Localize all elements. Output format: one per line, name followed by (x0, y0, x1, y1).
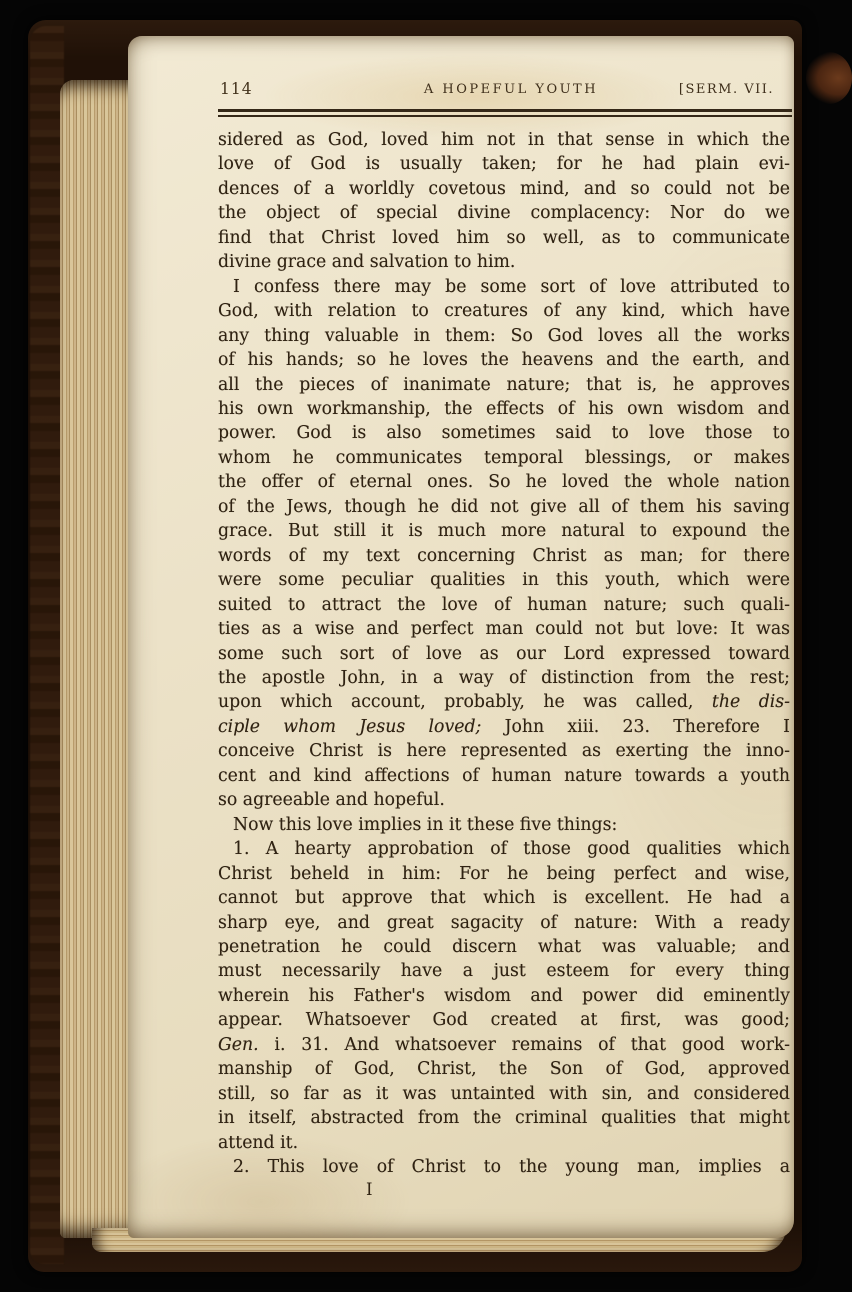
text-segment: appear. Whatsoever God created at first,… (218, 1010, 790, 1030)
italic-text-segment: Gen. (218, 1035, 259, 1055)
page-number: 114 (220, 80, 253, 98)
text-line: 2. This love of Christ to the young man,… (218, 1155, 790, 1179)
text-line: penetration he could discern what was va… (218, 935, 790, 959)
signature-mark: I (366, 1180, 373, 1199)
section-reference: [SERM. VII. (679, 82, 774, 97)
signature-mark-row: I (218, 1180, 790, 1199)
text-line: the object of special divine complacency… (218, 201, 790, 225)
text-segment: power. God is also sometimes said to lov… (218, 423, 790, 443)
text-segment: suited to attract the love of human natu… (218, 595, 790, 615)
text-line: in itself, abstracted from the criminal … (218, 1106, 790, 1130)
text-segment: I confess there may be some sort of love… (233, 277, 790, 297)
text-segment: attend it. (218, 1133, 298, 1153)
text-line: I confess there may be some sort of love… (218, 275, 790, 299)
text-segment: cannot but approve that which is excelle… (218, 888, 790, 908)
page-content: 114 A HOPEFUL YOUTH [SERM. VII. sidered … (128, 36, 794, 1199)
text-line: conceive Christ is here represented as e… (218, 739, 790, 763)
text-line: cannot but approve that which is excelle… (218, 886, 790, 910)
text-line: were some peculiar qualities in this you… (218, 568, 790, 592)
text-line: words of my text concerning Christ as ma… (218, 544, 790, 568)
italic-text-segment: ciple whom Jesus loved; (218, 717, 481, 737)
text-segment: wherein his Father's wisdom and power di… (218, 986, 790, 1006)
text-segment: all the pieces of inanimate nature; that… (218, 375, 790, 395)
text-segment: God, with relation to creatures of any k… (218, 301, 790, 321)
text-line: upon which account, probably, he was cal… (218, 690, 790, 714)
running-title: A HOPEFUL YOUTH (424, 82, 598, 97)
text-segment: upon which account, probably, he was cal… (218, 692, 712, 712)
page-stack-left-edge (60, 80, 132, 1238)
text-line: of his hands; so he loves the heavens an… (218, 348, 790, 372)
text-segment: divine grace and salvation to him. (218, 252, 515, 272)
text-segment: the apostle John, in a way of distinctio… (218, 668, 790, 688)
text-line: 1. A hearty approbation of those good qu… (218, 837, 790, 861)
text-line: sidered as God, loved him not in that se… (218, 128, 790, 152)
text-line: manship of God, Christ, the Son of God, … (218, 1057, 790, 1081)
text-segment: still, so far as it was untainted with s… (218, 1084, 790, 1104)
text-line: of the Jews, though he did not give all … (218, 495, 790, 519)
text-line: sharp eye, and great sagacity of nature:… (218, 911, 790, 935)
text-segment: ties as a wise and perfect man could not… (218, 619, 790, 639)
paragraph: 2. This love of Christ to the young man,… (218, 1155, 790, 1179)
text-line: attend it. (218, 1131, 790, 1155)
text-line: appear. Whatsoever God created at first,… (218, 1008, 790, 1032)
paragraph: sidered as God, loved him not in that se… (218, 128, 790, 275)
text-segment: of the Jews, though he did not give all … (218, 497, 790, 517)
text-segment: John xiii. 23. Therefore I (481, 717, 790, 737)
cover-corner-fragment (806, 52, 852, 104)
text-segment: 2. This love of Christ to the young man,… (233, 1157, 790, 1177)
text-segment: were some peculiar qualities in this you… (218, 570, 790, 590)
text-segment: conceive Christ is here represented as e… (218, 741, 790, 761)
text-line: ties as a wise and perfect man could not… (218, 617, 790, 641)
text-line: the apostle John, in a way of distinctio… (218, 666, 790, 690)
text-line: cent and kind affections of human nature… (218, 764, 790, 788)
text-segment: grace. But still it is much more natural… (218, 521, 790, 541)
text-line: whom he communicates temporal blessings,… (218, 446, 790, 470)
text-segment: of his hands; so he loves the heavens an… (218, 350, 790, 370)
text-line: grace. But still it is much more natural… (218, 519, 790, 543)
text-line: still, so far as it was untainted with s… (218, 1082, 790, 1106)
text-segment: Now this love implies in it these five t… (233, 815, 617, 835)
text-line: the offer of eternal ones. So he loved t… (218, 470, 790, 494)
text-line: ciple whom Jesus loved; John xiii. 23. T… (218, 715, 790, 739)
body-text: sidered as God, loved him not in that se… (218, 128, 790, 1179)
text-segment: the object of special divine complacency… (218, 203, 790, 223)
text-line: power. God is also sometimes said to lov… (218, 421, 790, 445)
book-page: 114 A HOPEFUL YOUTH [SERM. VII. sidered … (128, 36, 794, 1238)
text-segment: cent and kind affections of human nature… (218, 766, 790, 786)
text-line: Gen. i. 31. And whatsoever remains of th… (218, 1033, 790, 1057)
text-segment: penetration he could discern what was va… (218, 937, 790, 957)
italic-text-segment: the dis- (712, 692, 790, 712)
text-line: God, with relation to creatures of any k… (218, 299, 790, 323)
text-segment: his own workmanship, the effects of his … (218, 399, 790, 419)
text-line: all the pieces of inanimate nature; that… (218, 373, 790, 397)
paragraph: 1. A hearty approbation of those good qu… (218, 837, 790, 1155)
text-segment: so agreeable and hopeful. (218, 790, 445, 810)
text-segment: i. 31. And whatsoever remains of that go… (259, 1035, 790, 1055)
text-line: Christ beheld in him: For he being perfe… (218, 862, 790, 886)
text-segment: must necessarily have a just esteem for … (218, 961, 790, 981)
text-segment: sidered as God, loved him not in that se… (218, 130, 790, 150)
text-line: wherein his Father's wisdom and power di… (218, 984, 790, 1008)
text-segment: Christ beheld in him: For he being perfe… (218, 864, 790, 884)
page-header: 114 A HOPEFUL YOUTH [SERM. VII. (218, 80, 790, 102)
text-segment: in itself, abstracted from the criminal … (218, 1108, 790, 1128)
text-segment: dences of a worldly covetous mind, and s… (218, 179, 790, 199)
text-segment: any thing valuable in them: So God loves… (218, 326, 790, 346)
text-segment: love of God is usually taken; for he had… (218, 154, 790, 174)
text-segment: the offer of eternal ones. So he loved t… (218, 472, 790, 492)
text-segment: find that Christ loved him so well, as t… (218, 228, 790, 248)
text-line: Now this love implies in it these five t… (218, 813, 790, 837)
text-line: his own workmanship, the effects of his … (218, 397, 790, 421)
text-line: dences of a worldly covetous mind, and s… (218, 177, 790, 201)
scanned-book-photo: 114 A HOPEFUL YOUTH [SERM. VII. sidered … (0, 0, 852, 1292)
text-line: must necessarily have a just esteem for … (218, 959, 790, 983)
text-line: any thing valuable in them: So God loves… (218, 324, 790, 348)
paragraph: Now this love implies in it these five t… (218, 813, 790, 837)
paragraph: I confess there may be some sort of love… (218, 275, 790, 813)
text-line: divine grace and salvation to him. (218, 250, 790, 274)
text-line: so agreeable and hopeful. (218, 788, 790, 812)
text-line: find that Christ loved him so well, as t… (218, 226, 790, 250)
text-segment: words of my text concerning Christ as ma… (218, 546, 790, 566)
text-line: some such sort of love as our Lord expre… (218, 642, 790, 666)
book-spine-edge (30, 26, 64, 1264)
text-segment: sharp eye, and great sagacity of nature:… (218, 913, 790, 933)
text-segment: some such sort of love as our Lord expre… (218, 644, 790, 664)
text-line: love of God is usually taken; for he had… (218, 152, 790, 176)
text-segment: 1. A hearty approbation of those good qu… (233, 839, 790, 859)
text-segment: whom he communicates temporal blessings,… (218, 448, 790, 468)
header-rule (218, 109, 792, 117)
text-segment: manship of God, Christ, the Son of God, … (218, 1059, 790, 1079)
text-line: suited to attract the love of human natu… (218, 593, 790, 617)
